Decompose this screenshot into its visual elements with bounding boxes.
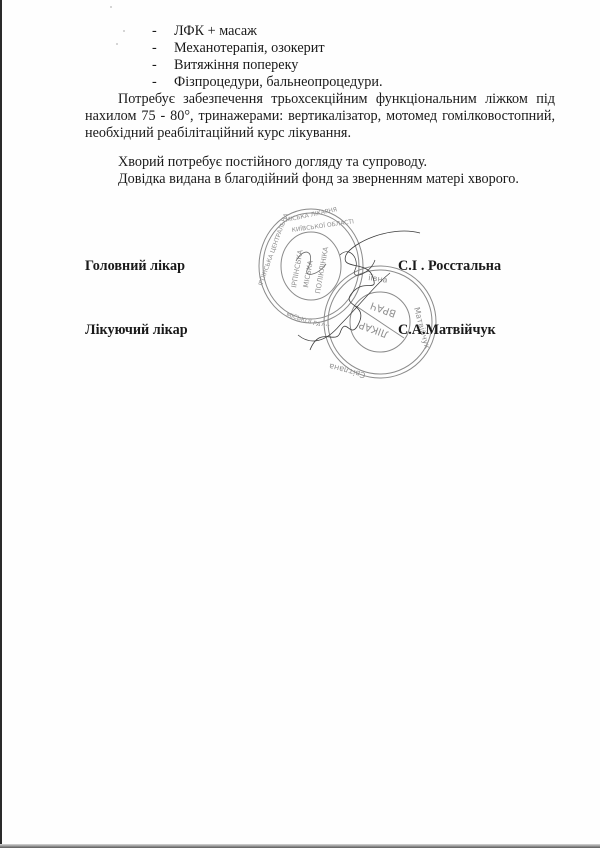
chief-doctor-name: С.І . Росстальна xyxy=(398,258,501,275)
list-item: -Фізпроцедури, бальнеопроцедури. xyxy=(152,74,383,91)
signature-scribble-icon xyxy=(280,215,430,365)
scan-left-edge xyxy=(0,0,2,848)
scan-bottom-edge xyxy=(0,844,600,848)
list-item-text: Витяжіння попереку xyxy=(174,57,298,73)
bullet-dash: - xyxy=(152,40,157,57)
bullet-dash: - xyxy=(152,23,157,40)
scan-speck xyxy=(116,43,118,45)
issued-note: Довідка видана в благодійний фонд за зве… xyxy=(118,171,519,188)
scan-speck xyxy=(110,6,112,8)
paragraph-line: Потребує забезпечення трьохсекційним фун… xyxy=(85,91,555,108)
chief-doctor-label: Головний лікар xyxy=(85,258,185,275)
bullet-dash: - xyxy=(152,74,157,91)
list-item-text: ЛФК + масаж xyxy=(174,23,257,39)
equipment-paragraph: Потребує забезпечення трьохсекційним фун… xyxy=(85,91,555,142)
attending-doctor-name: С.А.Матвійчук xyxy=(398,322,496,339)
list-item: -Витяжіння попереку xyxy=(152,57,383,74)
care-note: Хворий потребує постійного догляду та су… xyxy=(118,154,427,171)
document-page: -ЛФК + масаж -Механотерапія, озокерит -В… xyxy=(0,0,600,848)
paragraph-line: нахилом 75 - 80°, тринажерами: вертикалі… xyxy=(85,108,555,125)
bullet-dash: - xyxy=(152,57,157,74)
scan-speck xyxy=(123,30,125,32)
list-item: -Механотерапія, озокерит xyxy=(152,40,383,57)
list-item-text: Фізпроцедури, бальнеопроцедури. xyxy=(174,74,383,90)
procedures-list: -ЛФК + масаж -Механотерапія, озокерит -В… xyxy=(152,23,383,91)
paragraph-line: необхідний реабілітаційний курс лікуванн… xyxy=(85,125,555,142)
list-item-text: Механотерапія, озокерит xyxy=(174,40,325,56)
attending-doctor-label: Лікуючий лікар xyxy=(85,322,188,339)
list-item: -ЛФК + масаж xyxy=(152,23,383,40)
